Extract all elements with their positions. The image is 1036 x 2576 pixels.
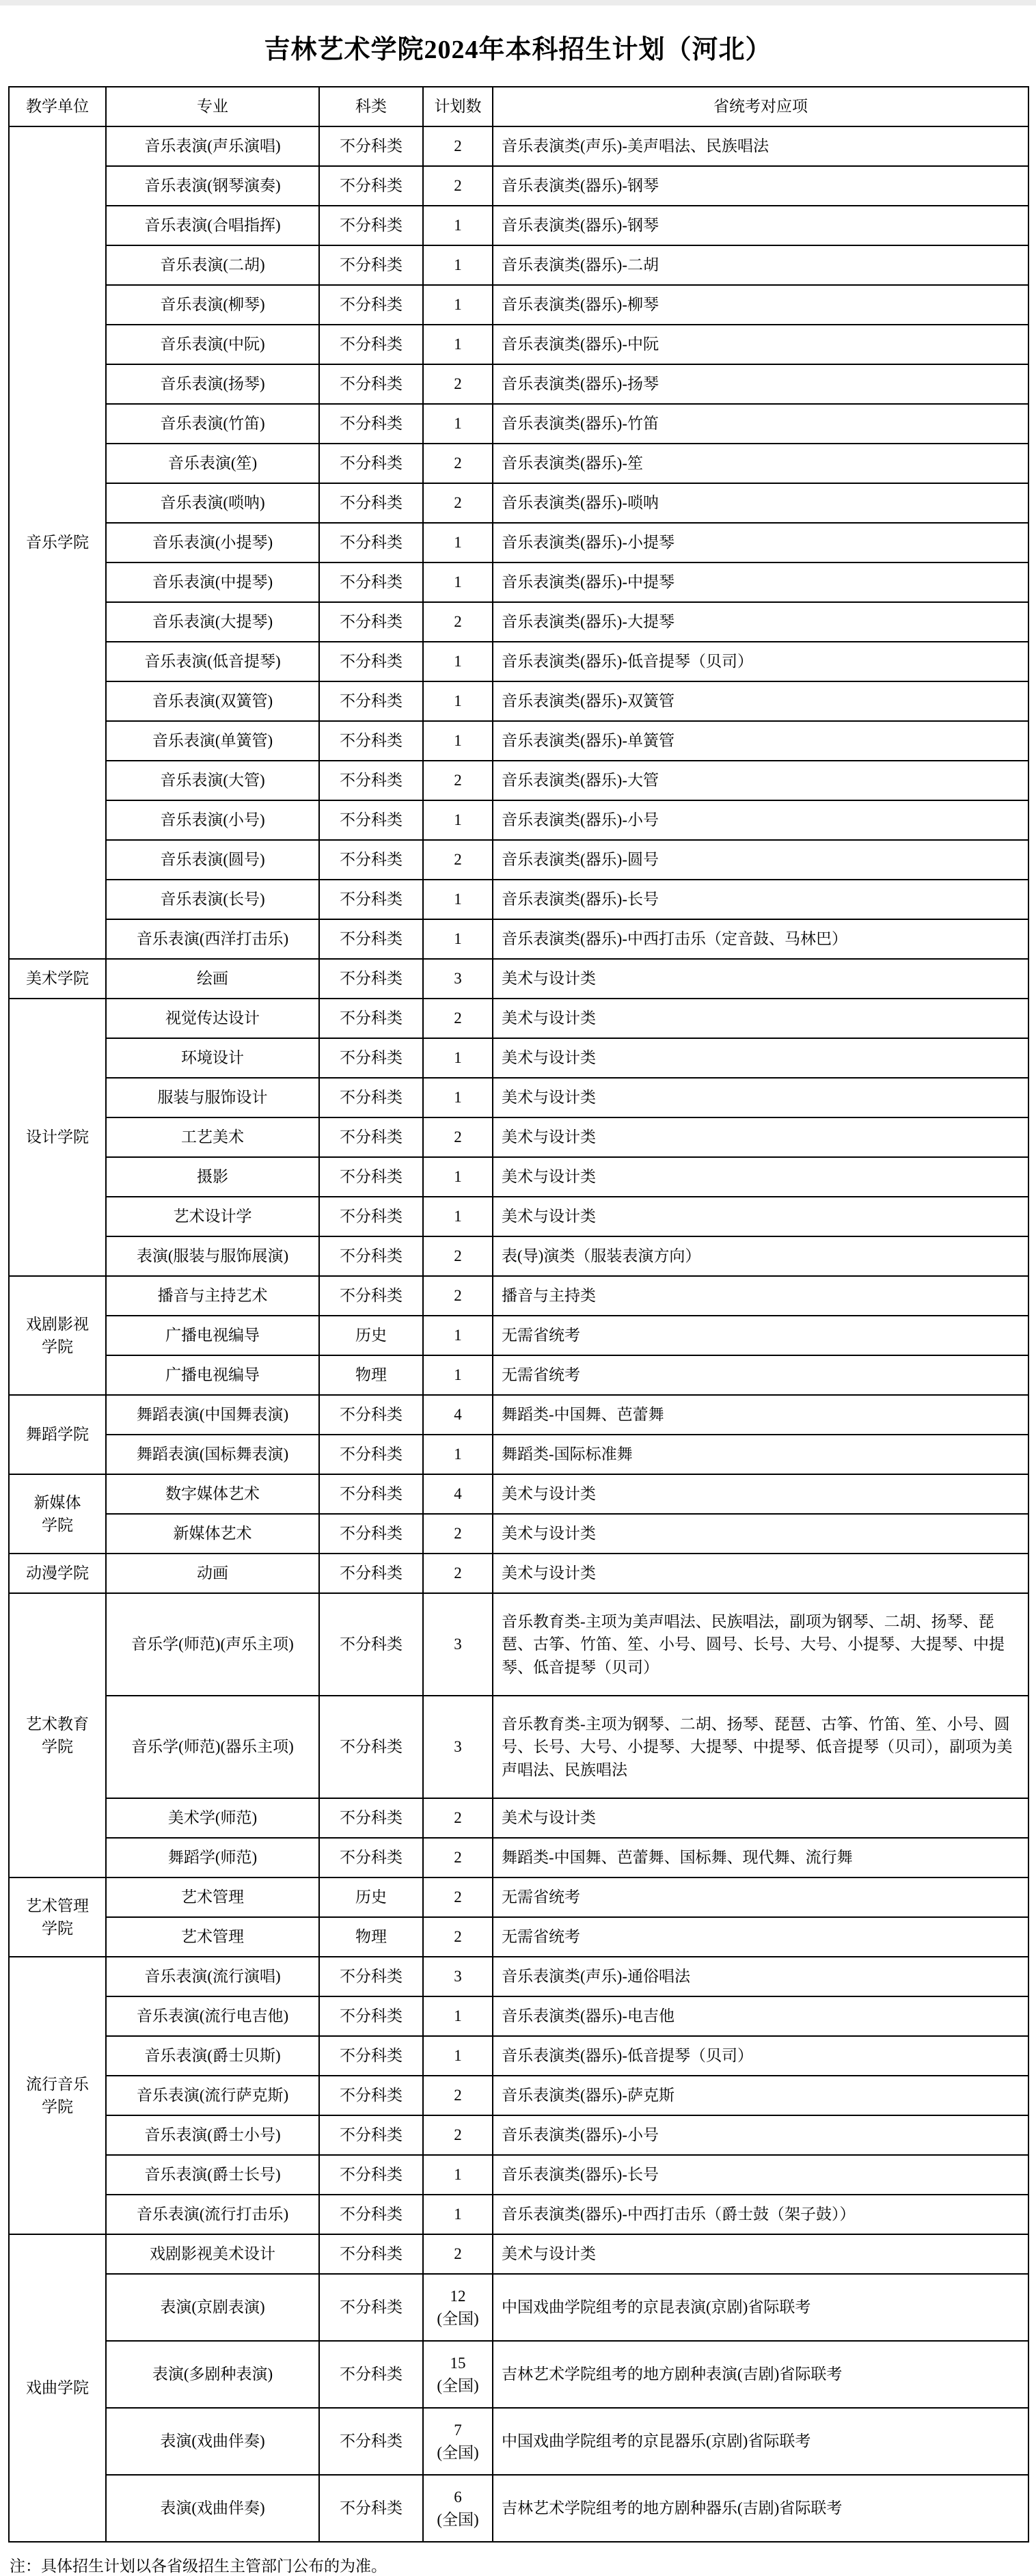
- cell-plan-count: 1: [423, 2155, 493, 2195]
- cell-major: 音乐表演(流行萨克斯): [106, 2076, 319, 2115]
- table-row: 表演(服装与服饰展演)不分科类2表(导)演类（服装表演方向）: [9, 1236, 1028, 1276]
- cell-subject-category: 不分科类: [319, 325, 423, 364]
- cell-provincial-exam: 无需省统考: [493, 1917, 1028, 1957]
- cell-major: 音乐表演(中阮): [106, 325, 319, 364]
- cell-provincial-exam: 美术与设计类: [493, 1514, 1028, 1554]
- cell-provincial-exam: 播音与主持类: [493, 1276, 1028, 1316]
- table-row: 戏剧影视 学院播音与主持艺术不分科类2播音与主持类: [9, 1276, 1028, 1316]
- cell-subject-category: 不分科类: [319, 1798, 423, 1838]
- cell-major: 音乐表演(流行打击乐): [106, 2195, 319, 2234]
- cell-major: 音乐表演(钢琴演奏): [106, 166, 319, 206]
- cell-teaching-unit: 艺术管理 学院: [9, 1877, 106, 1957]
- cell-major: 广播电视编导: [106, 1355, 319, 1395]
- cell-subject-category: 不分科类: [319, 285, 423, 325]
- cell-major: 音乐表演(扬琴): [106, 364, 319, 404]
- cell-provincial-exam: 音乐表演类(器乐)-柳琴: [493, 285, 1028, 325]
- cell-plan-count: 7 (全国): [423, 2408, 493, 2475]
- footnote: 注：具体招生计划以各省级招生主管部门公布的为准。: [8, 2543, 1028, 2576]
- cell-provincial-exam: 吉林艺术学院组考的地方剧种表演(吉剧)省际联考: [493, 2341, 1028, 2408]
- cell-major: 音乐表演(小提琴): [106, 523, 319, 562]
- cell-subject-category: 不分科类: [319, 562, 423, 602]
- cell-major: 服装与服饰设计: [106, 1078, 319, 1117]
- cell-plan-count: 1: [423, 1996, 493, 2036]
- cell-major: 摄影: [106, 1157, 319, 1197]
- cell-subject-category: 不分科类: [319, 206, 423, 245]
- cell-provincial-exam: 音乐表演类(声乐)-美声唱法、民族唱法: [493, 126, 1028, 166]
- cell-teaching-unit: 音乐学院: [9, 126, 106, 959]
- column-header-3: 计划数: [423, 87, 493, 126]
- cell-subject-category: 不分科类: [319, 2115, 423, 2155]
- cell-provincial-exam: 音乐表演类(器乐)-双簧管: [493, 681, 1028, 721]
- cell-plan-count: 2: [423, 999, 493, 1038]
- cell-provincial-exam: 表(导)演类（服装表演方向）: [493, 1236, 1028, 1276]
- table-row: 摄影不分科类1美术与设计类: [9, 1157, 1028, 1197]
- table-row: 新媒体艺术不分科类2美术与设计类: [9, 1514, 1028, 1554]
- cell-plan-count: 1: [423, 1197, 493, 1236]
- cell-major: 音乐表演(大管): [106, 761, 319, 800]
- cell-provincial-exam: 音乐表演类(器乐)-扬琴: [493, 364, 1028, 404]
- cell-provincial-exam: 音乐表演类(器乐)-中提琴: [493, 562, 1028, 602]
- document-body: 吉林艺术学院2024年本科招生计划（河北） 教学单位专业科类计划数省统考对应项 …: [0, 5, 1036, 2576]
- page-top-edge: [0, 0, 1036, 5]
- cell-teaching-unit: 流行音乐 学院: [9, 1957, 106, 2234]
- cell-major: 音乐表演(流行电吉他): [106, 1996, 319, 2036]
- cell-provincial-exam: 音乐教育类-主项为美声唱法、民族唱法，副项为钢琴、二胡、扬琴、琵琶、古筝、竹笛、…: [493, 1593, 1028, 1696]
- table-row: 美术学院绘画不分科类3美术与设计类: [9, 959, 1028, 999]
- cell-subject-category: 不分科类: [319, 1593, 423, 1696]
- cell-subject-category: 不分科类: [319, 721, 423, 761]
- cell-teaching-unit: 设计学院: [9, 999, 106, 1276]
- cell-subject-category: 不分科类: [319, 1197, 423, 1236]
- cell-subject-category: 不分科类: [319, 761, 423, 800]
- cell-teaching-unit: 舞蹈学院: [9, 1395, 106, 1474]
- cell-provincial-exam: 音乐教育类-主项为钢琴、二胡、扬琴、琵琶、古筝、竹笛、笙、小号、圆号、长号、大号…: [493, 1696, 1028, 1798]
- cell-subject-category: 不分科类: [319, 999, 423, 1038]
- table-row: 音乐表演(爵士小号)不分科类2音乐表演类(器乐)-小号: [9, 2115, 1028, 2155]
- table-row: 音乐表演(竹笛)不分科类1音乐表演类(器乐)-竹笛: [9, 404, 1028, 444]
- cell-provincial-exam: 无需省统考: [493, 1316, 1028, 1355]
- table-header-row: 教学单位专业科类计划数省统考对应项: [9, 87, 1028, 126]
- cell-plan-count: 1: [423, 1038, 493, 1078]
- table-row: 流行音乐 学院音乐表演(流行演唱)不分科类3音乐表演类(声乐)-通俗唱法: [9, 1957, 1028, 1996]
- cell-plan-count: 2: [423, 1877, 493, 1917]
- cell-provincial-exam: 音乐表演类(器乐)-长号: [493, 2155, 1028, 2195]
- cell-subject-category: 不分科类: [319, 642, 423, 681]
- table-row: 表演(戏曲伴奏)不分科类7 (全国)中国戏曲学院组考的京昆器乐(京剧)省际联考: [9, 2408, 1028, 2475]
- cell-plan-count: 1: [423, 919, 493, 959]
- cell-provincial-exam: 音乐表演类(器乐)-长号: [493, 880, 1028, 919]
- cell-plan-count: 2: [423, 126, 493, 166]
- cell-subject-category: 不分科类: [319, 1838, 423, 1877]
- cell-plan-count: 2: [423, 1798, 493, 1838]
- cell-subject-category: 不分科类: [319, 444, 423, 483]
- table-row: 设计学院视觉传达设计不分科类2美术与设计类: [9, 999, 1028, 1038]
- cell-subject-category: 不分科类: [319, 2195, 423, 2234]
- cell-plan-count: 1: [423, 642, 493, 681]
- column-header-2: 科类: [319, 87, 423, 126]
- table-row: 音乐表演(流行打击乐)不分科类1音乐表演类(器乐)-中西打击乐（爵士鼓（架子鼓）…: [9, 2195, 1028, 2234]
- cell-plan-count: 2: [423, 166, 493, 206]
- cell-provincial-exam: 音乐表演类(器乐)-低音提琴（贝司）: [493, 2036, 1028, 2076]
- cell-provincial-exam: 音乐表演类(器乐)-单簧管: [493, 721, 1028, 761]
- cell-provincial-exam: 音乐表演类(器乐)-竹笛: [493, 404, 1028, 444]
- table-row: 音乐表演(小提琴)不分科类1音乐表演类(器乐)-小提琴: [9, 523, 1028, 562]
- cell-major: 艺术设计学: [106, 1197, 319, 1236]
- cell-subject-category: 不分科类: [319, 2408, 423, 2475]
- table-row: 广播电视编导物理1无需省统考: [9, 1355, 1028, 1395]
- cell-subject-category: 不分科类: [319, 2274, 423, 2341]
- table-row: 广播电视编导历史1无需省统考: [9, 1316, 1028, 1355]
- cell-major: 广播电视编导: [106, 1316, 319, 1355]
- cell-plan-count: 2: [423, 1276, 493, 1316]
- table-row: 表演(多剧种表演)不分科类15 (全国)吉林艺术学院组考的地方剧种表演(吉剧)省…: [9, 2341, 1028, 2408]
- cell-subject-category: 物理: [319, 1355, 423, 1395]
- cell-subject-category: 不分科类: [319, 1078, 423, 1117]
- table-row: 艺术管理 学院艺术管理历史2无需省统考: [9, 1877, 1028, 1917]
- cell-provincial-exam: 音乐表演类(器乐)-圆号: [493, 840, 1028, 880]
- table-row: 舞蹈表演(国标舞表演)不分科类1舞蹈类-国际标准舞: [9, 1435, 1028, 1474]
- cell-plan-count: 1: [423, 245, 493, 285]
- cell-subject-category: 不分科类: [319, 919, 423, 959]
- cell-provincial-exam: 美术与设计类: [493, 1078, 1028, 1117]
- admission-plan-table: 教学单位专业科类计划数省统考对应项 音乐学院音乐表演(声乐演唱)不分科类2音乐表…: [8, 86, 1029, 2543]
- cell-subject-category: 不分科类: [319, 126, 423, 166]
- cell-plan-count: 1: [423, 721, 493, 761]
- cell-major: 新媒体艺术: [106, 1514, 319, 1554]
- cell-major: 音乐表演(声乐演唱): [106, 126, 319, 166]
- cell-plan-count: 2: [423, 602, 493, 642]
- table-row: 音乐学院音乐表演(声乐演唱)不分科类2音乐表演类(声乐)-美声唱法、民族唱法: [9, 126, 1028, 166]
- cell-subject-category: 不分科类: [319, 1957, 423, 1996]
- cell-subject-category: 不分科类: [319, 483, 423, 523]
- cell-subject-category: 历史: [319, 1877, 423, 1917]
- cell-plan-count: 2: [423, 1236, 493, 1276]
- cell-plan-count: 15 (全国): [423, 2341, 493, 2408]
- table-row: 表演(京剧表演)不分科类12 (全国)中国戏曲学院组考的京昆表演(京剧)省际联考: [9, 2274, 1028, 2341]
- cell-plan-count: 1: [423, 206, 493, 245]
- cell-provincial-exam: 音乐表演类(器乐)-小号: [493, 800, 1028, 840]
- cell-provincial-exam: 音乐表演类(器乐)-中西打击乐（定音鼓、马林巴）: [493, 919, 1028, 959]
- cell-major: 音乐表演(西洋打击乐): [106, 919, 319, 959]
- cell-subject-category: 不分科类: [319, 1117, 423, 1157]
- cell-provincial-exam: 美术与设计类: [493, 1117, 1028, 1157]
- table-body: 音乐学院音乐表演(声乐演唱)不分科类2音乐表演类(声乐)-美声唱法、民族唱法音乐…: [9, 126, 1028, 2542]
- table-row: 音乐表演(笙)不分科类2音乐表演类(器乐)-笙: [9, 444, 1028, 483]
- table-row: 音乐表演(长号)不分科类1音乐表演类(器乐)-长号: [9, 880, 1028, 919]
- cell-provincial-exam: 音乐表演类(器乐)-大管: [493, 761, 1028, 800]
- cell-plan-count: 1: [423, 1316, 493, 1355]
- cell-subject-category: 不分科类: [319, 1276, 423, 1316]
- cell-subject-category: 不分科类: [319, 1514, 423, 1554]
- cell-major: 音乐表演(小号): [106, 800, 319, 840]
- cell-subject-category: 不分科类: [319, 1996, 423, 2036]
- cell-provincial-exam: 舞蹈类-中国舞、芭蕾舞: [493, 1395, 1028, 1435]
- table-row: 音乐表演(小号)不分科类1音乐表演类(器乐)-小号: [9, 800, 1028, 840]
- cell-plan-count: 3: [423, 1593, 493, 1696]
- table-row: 美术学(师范)不分科类2美术与设计类: [9, 1798, 1028, 1838]
- table-row: 工艺美术不分科类2美术与设计类: [9, 1117, 1028, 1157]
- cell-provincial-exam: 美术与设计类: [493, 1038, 1028, 1078]
- table-row: 音乐表演(扬琴)不分科类2音乐表演类(器乐)-扬琴: [9, 364, 1028, 404]
- cell-plan-count: 1: [423, 1157, 493, 1197]
- cell-provincial-exam: 音乐表演类(器乐)-钢琴: [493, 206, 1028, 245]
- table-row: 艺术教育 学院音乐学(师范)(声乐主项)不分科类3音乐教育类-主项为美声唱法、民…: [9, 1593, 1028, 1696]
- cell-provincial-exam: 音乐表演类(器乐)-大提琴: [493, 602, 1028, 642]
- table-row: 音乐表演(流行电吉他)不分科类1音乐表演类(器乐)-电吉他: [9, 1996, 1028, 2036]
- table-row: 音乐表演(西洋打击乐)不分科类1音乐表演类(器乐)-中西打击乐（定音鼓、马林巴）: [9, 919, 1028, 959]
- cell-major: 表演(戏曲伴奏): [106, 2475, 319, 2542]
- cell-major: 音乐表演(二胡): [106, 245, 319, 285]
- column-header-4: 省统考对应项: [493, 87, 1028, 126]
- cell-teaching-unit: 艺术教育 学院: [9, 1593, 106, 1877]
- cell-major: 音乐表演(合唱指挥): [106, 206, 319, 245]
- table-row: 音乐表演(单簧管)不分科类1音乐表演类(器乐)-单簧管: [9, 721, 1028, 761]
- table-row: 表演(戏曲伴奏)不分科类6 (全国)吉林艺术学院组考的地方剧种器乐(吉剧)省际联…: [9, 2475, 1028, 2542]
- cell-major: 视觉传达设计: [106, 999, 319, 1038]
- cell-major: 表演(京剧表演): [106, 2274, 319, 2341]
- cell-plan-count: 2: [423, 2076, 493, 2115]
- cell-plan-count: 1: [423, 1435, 493, 1474]
- cell-plan-count: 1: [423, 523, 493, 562]
- cell-provincial-exam: 美术与设计类: [493, 1157, 1028, 1197]
- cell-major: 表演(服装与服饰展演): [106, 1236, 319, 1276]
- cell-plan-count: 3: [423, 1696, 493, 1798]
- cell-subject-category: 不分科类: [319, 2341, 423, 2408]
- cell-plan-count: 2: [423, 483, 493, 523]
- cell-provincial-exam: 美术与设计类: [493, 999, 1028, 1038]
- cell-plan-count: 2: [423, 1917, 493, 1957]
- cell-subject-category: 不分科类: [319, 1435, 423, 1474]
- cell-plan-count: 3: [423, 1957, 493, 1996]
- cell-major: 艺术管理: [106, 1917, 319, 1957]
- cell-plan-count: 1: [423, 880, 493, 919]
- cell-provincial-exam: 音乐表演类(器乐)-电吉他: [493, 1996, 1028, 2036]
- cell-subject-category: 物理: [319, 1917, 423, 1957]
- cell-plan-count: 1: [423, 404, 493, 444]
- cell-provincial-exam: 音乐表演类(器乐)-二胡: [493, 245, 1028, 285]
- cell-provincial-exam: 音乐表演类(器乐)-低音提琴（贝司）: [493, 642, 1028, 681]
- cell-major: 音乐表演(笙): [106, 444, 319, 483]
- cell-plan-count: 1: [423, 800, 493, 840]
- cell-major: 音乐表演(柳琴): [106, 285, 319, 325]
- cell-major: 舞蹈表演(国标舞表演): [106, 1435, 319, 1474]
- cell-provincial-exam: 美术与设计类: [493, 2234, 1028, 2274]
- cell-teaching-unit: 戏曲学院: [9, 2234, 106, 2542]
- cell-provincial-exam: 音乐表演类(器乐)-小提琴: [493, 523, 1028, 562]
- cell-subject-category: 不分科类: [319, 1554, 423, 1593]
- column-header-1: 专业: [106, 87, 319, 126]
- cell-major: 动画: [106, 1554, 319, 1593]
- table-row: 音乐表演(爵士长号)不分科类1音乐表演类(器乐)-长号: [9, 2155, 1028, 2195]
- cell-provincial-exam: 美术与设计类: [493, 959, 1028, 999]
- table-row: 环境设计不分科类1美术与设计类: [9, 1038, 1028, 1078]
- table-row: 舞蹈学(师范)不分科类2舞蹈类-中国舞、芭蕾舞、国标舞、现代舞、流行舞: [9, 1838, 1028, 1877]
- cell-major: 音乐表演(流行演唱): [106, 1957, 319, 1996]
- cell-subject-category: 不分科类: [319, 1696, 423, 1798]
- cell-plan-count: 4: [423, 1474, 493, 1514]
- table-row: 艺术设计学不分科类1美术与设计类: [9, 1197, 1028, 1236]
- cell-major: 音乐学(师范)(声乐主项): [106, 1593, 319, 1696]
- table-row: 新媒体 学院数字媒体艺术不分科类4美术与设计类: [9, 1474, 1028, 1514]
- cell-plan-count: 3: [423, 959, 493, 999]
- cell-plan-count: 1: [423, 1355, 493, 1395]
- cell-subject-category: 不分科类: [319, 2036, 423, 2076]
- table-row: 音乐表演(钢琴演奏)不分科类2音乐表演类(器乐)-钢琴: [9, 166, 1028, 206]
- cell-major: 音乐学(师范)(器乐主项): [106, 1696, 319, 1798]
- cell-subject-category: 不分科类: [319, 2076, 423, 2115]
- cell-provincial-exam: 舞蹈类-中国舞、芭蕾舞、国标舞、现代舞、流行舞: [493, 1838, 1028, 1877]
- cell-provincial-exam: 无需省统考: [493, 1355, 1028, 1395]
- cell-provincial-exam: 美术与设计类: [493, 1197, 1028, 1236]
- cell-major: 音乐表演(双簧管): [106, 681, 319, 721]
- table-row: 艺术管理物理2无需省统考: [9, 1917, 1028, 1957]
- table-row: 音乐表演(大管)不分科类2音乐表演类(器乐)-大管: [9, 761, 1028, 800]
- cell-subject-category: 不分科类: [319, 959, 423, 999]
- cell-provincial-exam: 音乐表演类(器乐)-萨克斯: [493, 2076, 1028, 2115]
- cell-plan-count: 2: [423, 1514, 493, 1554]
- cell-plan-count: 2: [423, 364, 493, 404]
- cell-plan-count: 1: [423, 1078, 493, 1117]
- cell-major: 音乐表演(唢呐): [106, 483, 319, 523]
- cell-subject-category: 不分科类: [319, 404, 423, 444]
- cell-subject-category: 不分科类: [319, 1236, 423, 1276]
- cell-plan-count: 12 (全国): [423, 2274, 493, 2341]
- table-row: 舞蹈学院舞蹈表演(中国舞表演)不分科类4舞蹈类-中国舞、芭蕾舞: [9, 1395, 1028, 1435]
- cell-major: 绘画: [106, 959, 319, 999]
- table-header: 教学单位专业科类计划数省统考对应项: [9, 87, 1028, 126]
- table-row: 音乐表演(二胡)不分科类1音乐表演类(器乐)-二胡: [9, 245, 1028, 285]
- cell-plan-count: 2: [423, 1117, 493, 1157]
- cell-major: 音乐表演(低音提琴): [106, 642, 319, 681]
- cell-provincial-exam: 无需省统考: [493, 1877, 1028, 1917]
- cell-provincial-exam: 音乐表演类(器乐)-中阮: [493, 325, 1028, 364]
- cell-subject-category: 不分科类: [319, 166, 423, 206]
- cell-major: 音乐表演(爵士长号): [106, 2155, 319, 2195]
- cell-subject-category: 不分科类: [319, 2155, 423, 2195]
- cell-teaching-unit: 戏剧影视 学院: [9, 1276, 106, 1395]
- table-row: 音乐表演(大提琴)不分科类2音乐表演类(器乐)-大提琴: [9, 602, 1028, 642]
- cell-teaching-unit: 动漫学院: [9, 1554, 106, 1593]
- cell-subject-category: 不分科类: [319, 602, 423, 642]
- cell-plan-count: 2: [423, 1554, 493, 1593]
- cell-plan-count: 1: [423, 562, 493, 602]
- cell-plan-count: 2: [423, 2234, 493, 2274]
- cell-provincial-exam: 音乐表演类(器乐)-中西打击乐（爵士鼓（架子鼓））: [493, 2195, 1028, 2234]
- cell-plan-count: 2: [423, 840, 493, 880]
- cell-subject-category: 不分科类: [319, 1038, 423, 1078]
- cell-provincial-exam: 音乐表演类(器乐)-钢琴: [493, 166, 1028, 206]
- cell-major: 音乐表演(圆号): [106, 840, 319, 880]
- cell-major: 音乐表演(单簧管): [106, 721, 319, 761]
- cell-plan-count: 2: [423, 444, 493, 483]
- cell-teaching-unit: 美术学院: [9, 959, 106, 999]
- cell-subject-category: 不分科类: [319, 245, 423, 285]
- table-row: 音乐表演(爵士贝斯)不分科类1音乐表演类(器乐)-低音提琴（贝司）: [9, 2036, 1028, 2076]
- cell-major: 戏剧影视美术设计: [106, 2234, 319, 2274]
- cell-plan-count: 2: [423, 2115, 493, 2155]
- table-row: 服装与服饰设计不分科类1美术与设计类: [9, 1078, 1028, 1117]
- cell-plan-count: 1: [423, 2195, 493, 2234]
- cell-provincial-exam: 音乐表演类(器乐)-小号: [493, 2115, 1028, 2155]
- table-row: 音乐表演(柳琴)不分科类1音乐表演类(器乐)-柳琴: [9, 285, 1028, 325]
- cell-provincial-exam: 音乐表演类(声乐)-通俗唱法: [493, 1957, 1028, 1996]
- cell-major: 美术学(师范): [106, 1798, 319, 1838]
- cell-major: 音乐表演(长号): [106, 880, 319, 919]
- cell-provincial-exam: 音乐表演类(器乐)-唢呐: [493, 483, 1028, 523]
- cell-major: 播音与主持艺术: [106, 1276, 319, 1316]
- table-row: 音乐表演(流行萨克斯)不分科类2音乐表演类(器乐)-萨克斯: [9, 2076, 1028, 2115]
- table-row: 音乐表演(双簧管)不分科类1音乐表演类(器乐)-双簧管: [9, 681, 1028, 721]
- cell-subject-category: 不分科类: [319, 523, 423, 562]
- cell-major: 音乐表演(中提琴): [106, 562, 319, 602]
- cell-provincial-exam: 美术与设计类: [493, 1798, 1028, 1838]
- cell-plan-count: 4: [423, 1395, 493, 1435]
- cell-teaching-unit: 新媒体 学院: [9, 1474, 106, 1554]
- table-row: 音乐表演(唢呐)不分科类2音乐表演类(器乐)-唢呐: [9, 483, 1028, 523]
- cell-major: 音乐表演(爵士小号): [106, 2115, 319, 2155]
- cell-provincial-exam: 美术与设计类: [493, 1474, 1028, 1514]
- cell-major: 音乐表演(竹笛): [106, 404, 319, 444]
- cell-plan-count: 1: [423, 2036, 493, 2076]
- cell-major: 数字媒体艺术: [106, 1474, 319, 1514]
- cell-major: 工艺美术: [106, 1117, 319, 1157]
- cell-major: 表演(戏曲伴奏): [106, 2408, 319, 2475]
- table-row: 音乐表演(圆号)不分科类2音乐表演类(器乐)-圆号: [9, 840, 1028, 880]
- cell-major: 艺术管理: [106, 1877, 319, 1917]
- cell-provincial-exam: 舞蹈类-国际标准舞: [493, 1435, 1028, 1474]
- cell-major: 舞蹈表演(中国舞表演): [106, 1395, 319, 1435]
- cell-plan-count: 1: [423, 325, 493, 364]
- cell-subject-category: 不分科类: [319, 840, 423, 880]
- cell-major: 舞蹈学(师范): [106, 1838, 319, 1877]
- table-row: 动漫学院动画不分科类2美术与设计类: [9, 1554, 1028, 1593]
- cell-subject-category: 不分科类: [319, 1474, 423, 1514]
- cell-major: 环境设计: [106, 1038, 319, 1078]
- table-row: 音乐表演(中阮)不分科类1音乐表演类(器乐)-中阮: [9, 325, 1028, 364]
- cell-plan-count: 1: [423, 681, 493, 721]
- table-row: 戏曲学院戏剧影视美术设计不分科类2美术与设计类: [9, 2234, 1028, 2274]
- cell-provincial-exam: 吉林艺术学院组考的地方剧种器乐(吉剧)省际联考: [493, 2475, 1028, 2542]
- cell-plan-count: 1: [423, 285, 493, 325]
- cell-subject-category: 不分科类: [319, 880, 423, 919]
- table-row: 音乐表演(低音提琴)不分科类1音乐表演类(器乐)-低音提琴（贝司）: [9, 642, 1028, 681]
- cell-plan-count: 2: [423, 1838, 493, 1877]
- cell-provincial-exam: 中国戏曲学院组考的京昆表演(京剧)省际联考: [493, 2274, 1028, 2341]
- cell-subject-category: 不分科类: [319, 1395, 423, 1435]
- table-row: 音乐表演(合唱指挥)不分科类1音乐表演类(器乐)-钢琴: [9, 206, 1028, 245]
- cell-subject-category: 不分科类: [319, 681, 423, 721]
- cell-provincial-exam: 中国戏曲学院组考的京昆器乐(京剧)省际联考: [493, 2408, 1028, 2475]
- table-row: 音乐学(师范)(器乐主项)不分科类3音乐教育类-主项为钢琴、二胡、扬琴、琵琶、古…: [9, 1696, 1028, 1798]
- cell-major: 表演(多剧种表演): [106, 2341, 319, 2408]
- cell-subject-category: 不分科类: [319, 800, 423, 840]
- column-header-0: 教学单位: [9, 87, 106, 126]
- cell-subject-category: 不分科类: [319, 2234, 423, 2274]
- page-title: 吉林艺术学院2024年本科招生计划（河北）: [8, 7, 1028, 86]
- table-row: 音乐表演(中提琴)不分科类1音乐表演类(器乐)-中提琴: [9, 562, 1028, 602]
- cell-subject-category: 不分科类: [319, 1157, 423, 1197]
- cell-subject-category: 历史: [319, 1316, 423, 1355]
- cell-major: 音乐表演(爵士贝斯): [106, 2036, 319, 2076]
- cell-provincial-exam: 美术与设计类: [493, 1554, 1028, 1593]
- cell-subject-category: 不分科类: [319, 364, 423, 404]
- cell-provincial-exam: 音乐表演类(器乐)-笙: [493, 444, 1028, 483]
- cell-subject-category: 不分科类: [319, 2475, 423, 2542]
- cell-plan-count: 2: [423, 761, 493, 800]
- cell-plan-count: 6 (全国): [423, 2475, 493, 2542]
- cell-major: 音乐表演(大提琴): [106, 602, 319, 642]
